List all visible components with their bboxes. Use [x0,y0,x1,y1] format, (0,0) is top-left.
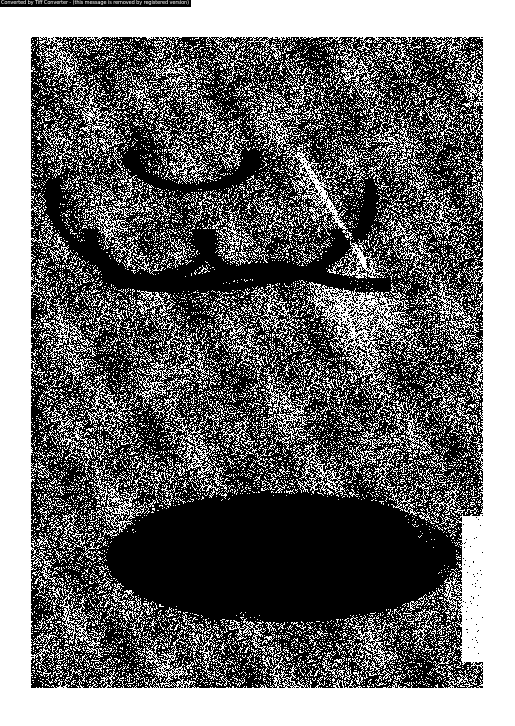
dithered-scan-canvas [31,37,483,688]
converter-watermark-banner: Converted by Tiff Converter - (this mess… [0,0,191,7]
scanned-page-image [31,37,483,688]
